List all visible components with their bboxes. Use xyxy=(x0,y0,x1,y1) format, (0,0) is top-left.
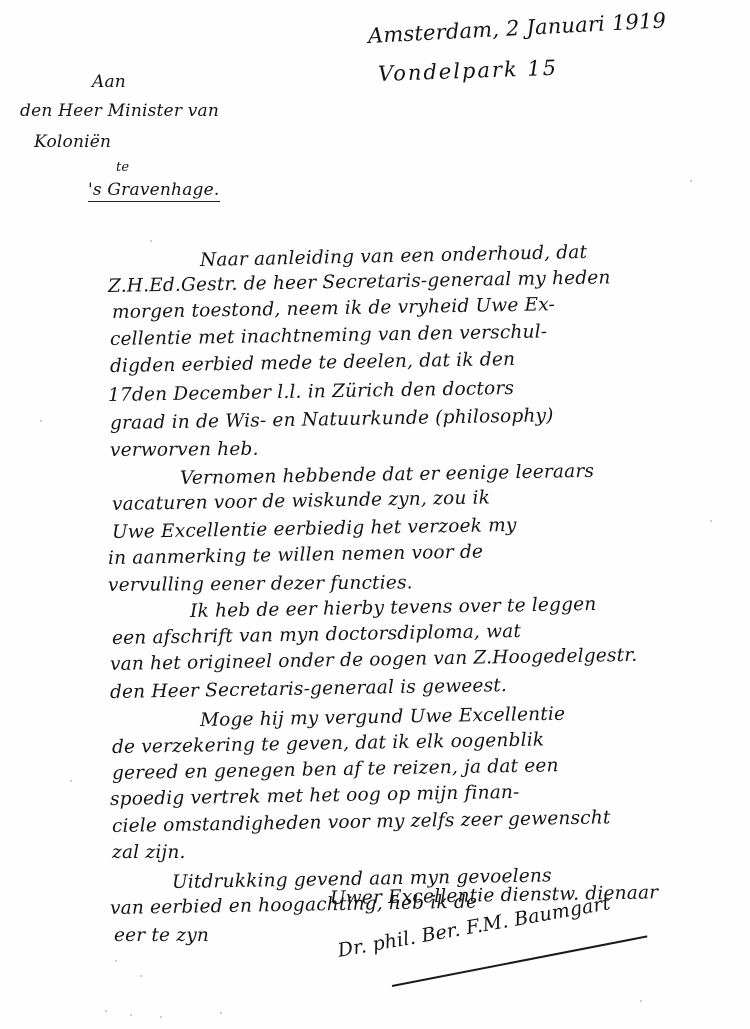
body-line: den Heer Secretaris-generaal is geweest. xyxy=(110,675,507,703)
scan-speck xyxy=(70,780,72,782)
scan-speck xyxy=(105,1010,107,1012)
body-line: in aanmerking te willen nemen voor de xyxy=(108,541,483,569)
body-line: een afschrift van myn doctorsdiploma, wa… xyxy=(112,621,521,649)
recipient-line-3: Koloniën xyxy=(34,132,111,152)
body-line: Uwe Excellentie eerbiedig het verzoek my xyxy=(112,515,517,543)
scan-speck xyxy=(160,1016,162,1018)
body-line: gereed en genegen ben af te reizen, ja d… xyxy=(112,755,559,784)
body-line: spoedig vertrek met het oog op mijn fina… xyxy=(110,782,520,810)
scan-speck xyxy=(140,975,142,977)
body-line: zal zijn. xyxy=(112,842,186,863)
scan-speck xyxy=(710,520,712,522)
body-line: morgen toestond, neem ik de vryheid Uwe … xyxy=(112,294,555,323)
body-line: 17den December l.l. in Zürich den doctor… xyxy=(108,378,514,406)
scan-speck xyxy=(130,1014,132,1016)
letter-page: Amsterdam, 2 Januari 1919 Vondelpark 15 … xyxy=(0,0,750,1029)
body-line: cellentie met inachtneming van den versc… xyxy=(110,321,548,350)
body-line: van het origineel onder de oogen van Z.H… xyxy=(110,645,638,675)
place-date: Amsterdam, 2 Januari 1919 xyxy=(367,8,666,48)
scan-speck xyxy=(150,240,152,242)
body-line: verworven heb. xyxy=(110,439,259,461)
body-line: digden eerbied mede te deelen, dat ik de… xyxy=(110,349,515,377)
body-line: vacaturen voor de wiskunde zyn, zou ik xyxy=(112,487,490,515)
scan-speck xyxy=(40,420,42,422)
body-line: eer te zyn xyxy=(114,925,209,946)
scan-speck xyxy=(220,1012,222,1014)
body-line: graad in de Wis- en Natuurkunde (philoso… xyxy=(110,405,554,434)
body-line: Z.H.Ed.Gestr. de heer Secretaris-generaa… xyxy=(108,267,611,297)
body-line: Moge hij my vergund Uwe Excellentie xyxy=(200,704,566,731)
body-line: Naar aanleiding van een onderhoud, dat xyxy=(200,242,588,271)
recipient-line-1: Aan xyxy=(92,72,126,92)
body-line: Ik heb de eer hierby tevens over te legg… xyxy=(190,594,597,622)
sender-address: Vondelpark 15 xyxy=(378,56,559,86)
body-line: de verzekering te geven, dat ik elk ooge… xyxy=(112,729,545,758)
scan-speck xyxy=(640,1000,642,1002)
scan-speck xyxy=(115,960,117,962)
body-line: ciele omstandigheden voor my zelfs zeer … xyxy=(112,807,611,837)
recipient-line-2: den Heer Minister van xyxy=(20,101,219,121)
recipient-line-5: 's Gravenhage. xyxy=(88,180,220,202)
body-line: Vernomen hebbende dat er eenige leeraars xyxy=(180,461,594,489)
recipient-line-4: te xyxy=(116,160,129,175)
scan-speck xyxy=(690,180,692,182)
body-line: vervulling eener dezer functies. xyxy=(108,572,413,596)
